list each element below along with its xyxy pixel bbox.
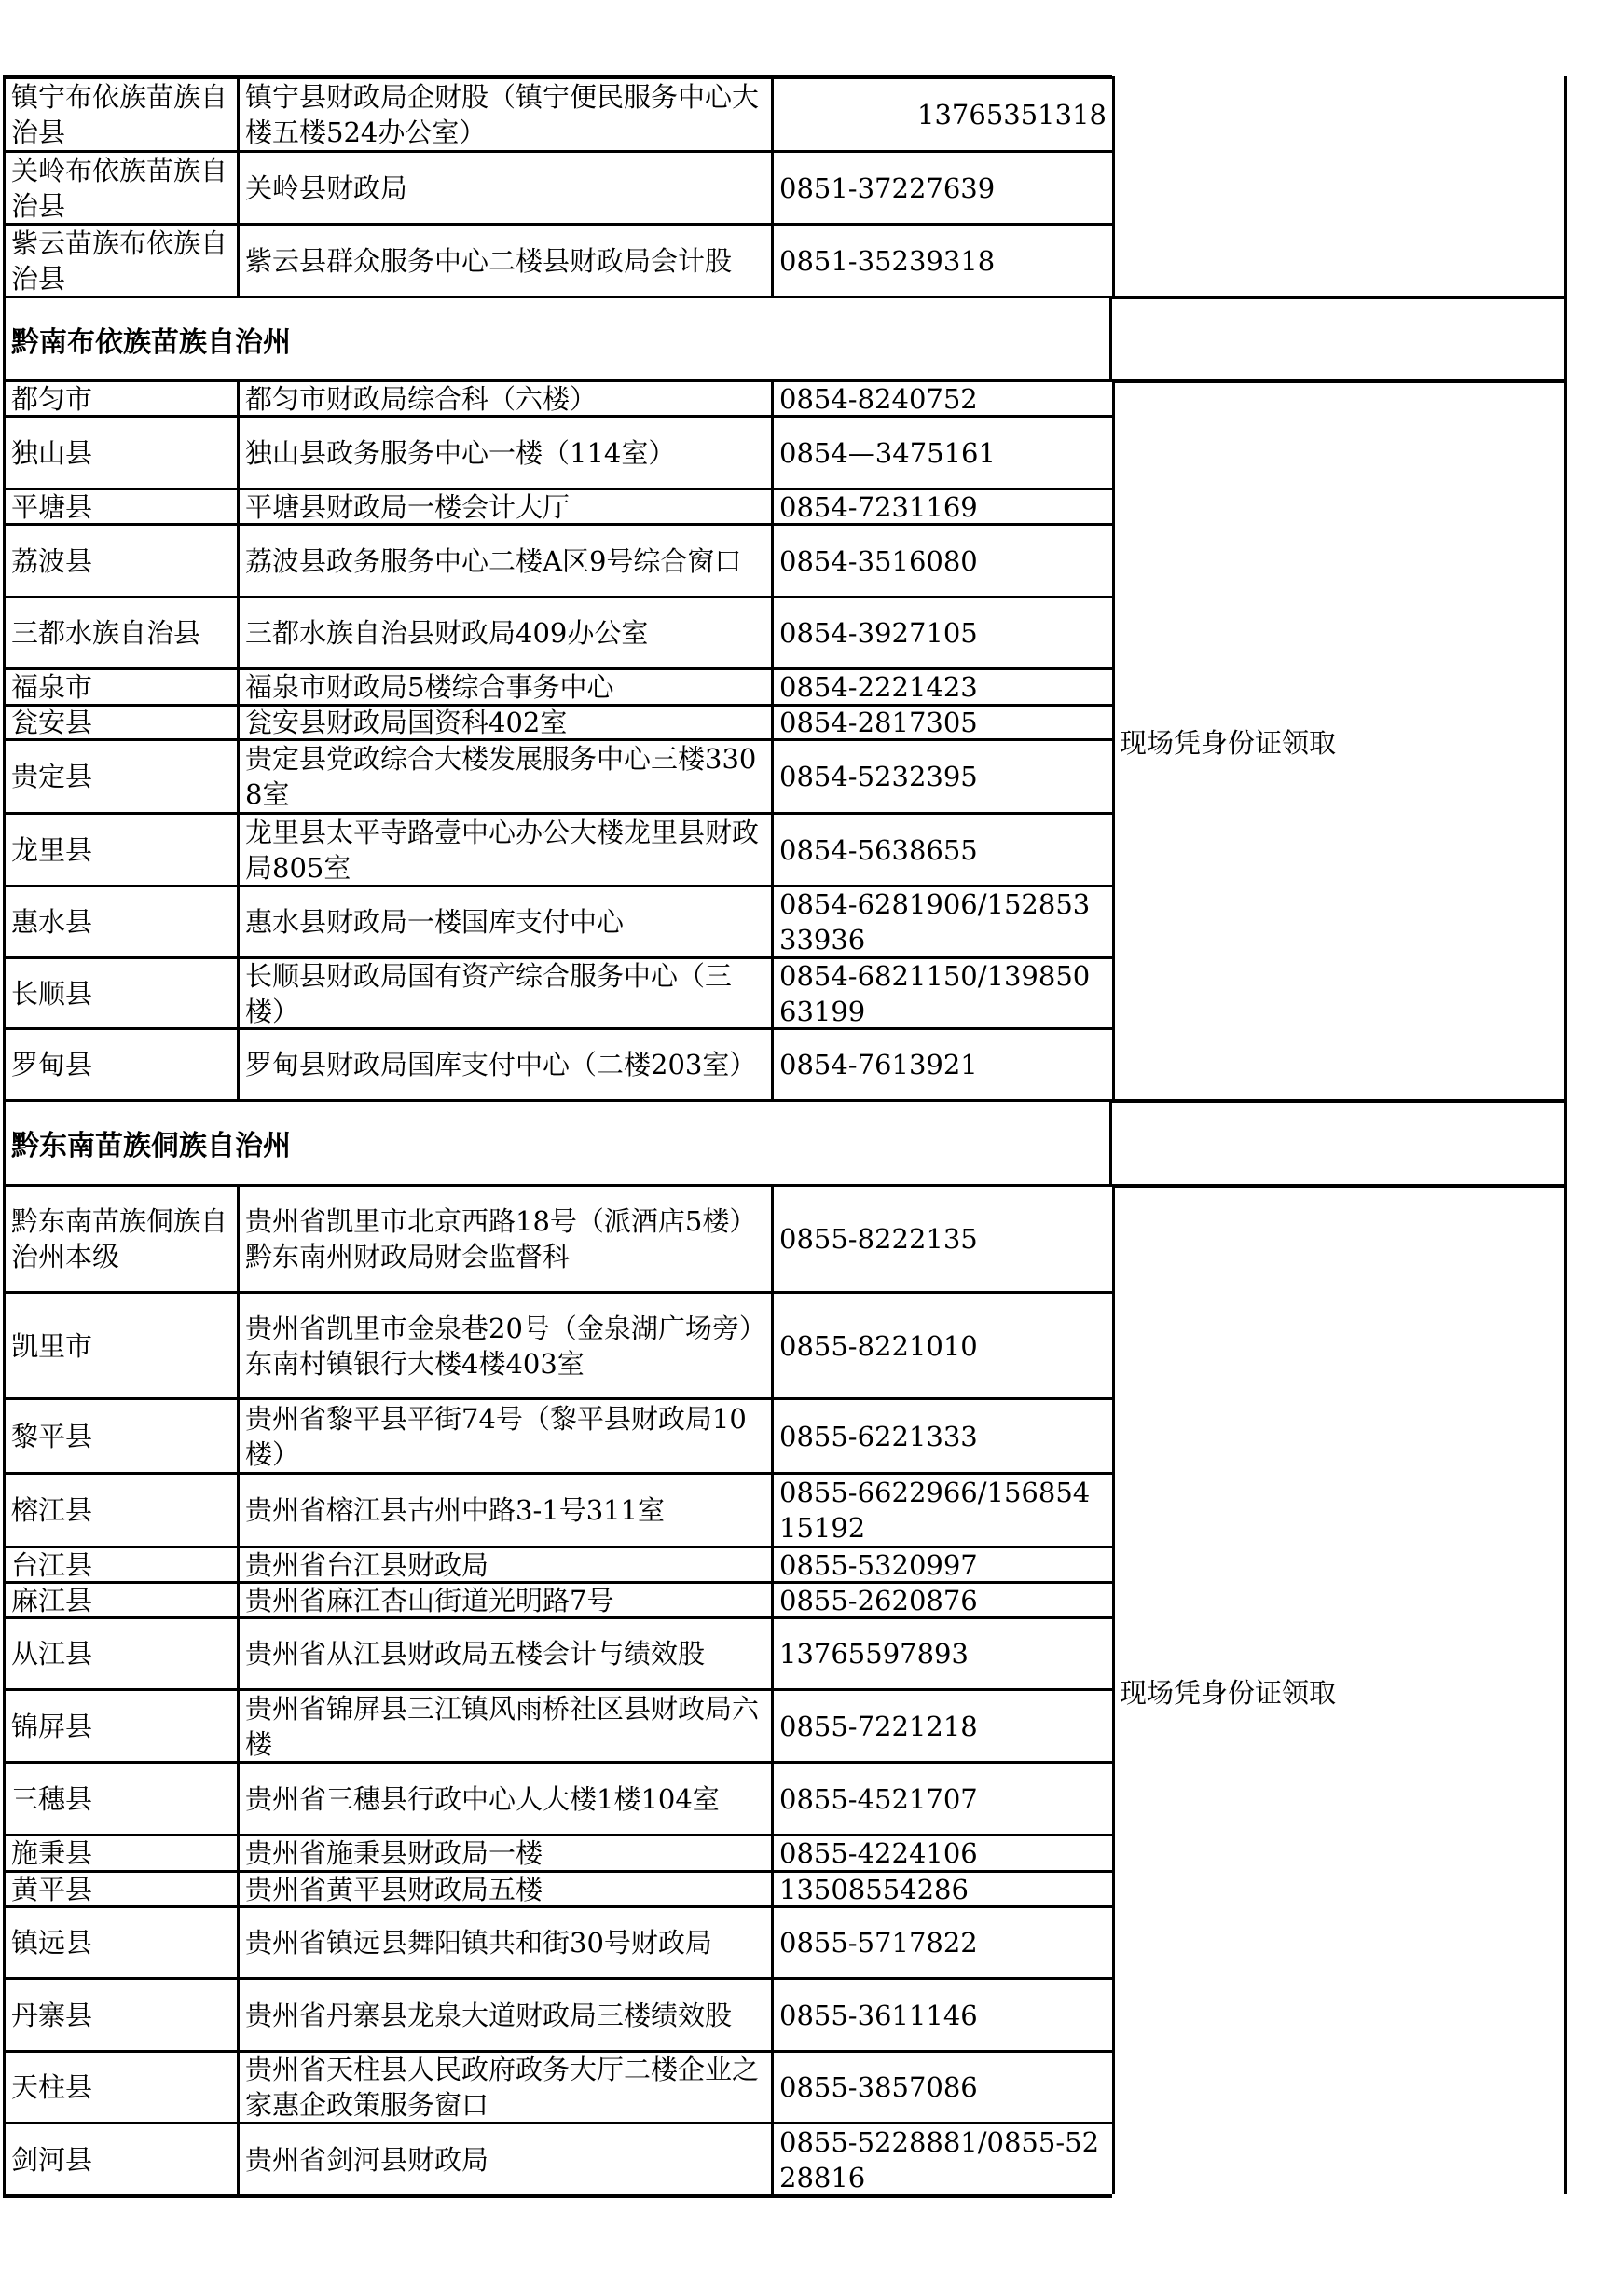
district-cell: 剑河县 bbox=[3, 2122, 237, 2194]
district-cell-text: 长顺县 bbox=[11, 976, 92, 1011]
phone-cell-text: 0855-6221333 bbox=[779, 1419, 978, 1454]
table-row: 福泉市福泉市财政局5楼综合事务中心0854-2221423 bbox=[3, 667, 1112, 704]
location-cell-text: 关岭县财政局 bbox=[245, 171, 407, 206]
location-cell: 平塘县财政局一楼会计大厅 bbox=[237, 488, 771, 523]
phone-cell-text: 0854-6281906/15285333936 bbox=[779, 887, 1107, 956]
phone-cell-text: 0854-6821150/13985063199 bbox=[779, 958, 1107, 1028]
district-cell-text: 都匀市 bbox=[11, 381, 92, 416]
location-cell-text: 瓮安县财政局国资科402室 bbox=[245, 705, 567, 738]
location-cell: 瓮安县财政局国资科402室 bbox=[237, 704, 771, 738]
district-cell-text: 独山县 bbox=[11, 435, 92, 471]
phone-cell: 0855-4224106 bbox=[771, 1834, 1115, 1870]
location-cell: 贵州省锦屏县三江镇风雨桥社区县财政局六楼 bbox=[237, 1688, 771, 1761]
phone-cell: 0854-8240752 bbox=[771, 379, 1115, 415]
location-cell: 贵州省麻江杏山街道光明路7号 bbox=[237, 1581, 771, 1616]
table-row: 黎平县贵州省黎平县平街74号（黎平县财政局10楼）0855-6221333 bbox=[3, 1397, 1112, 1472]
district-cell-text: 关岭布依族苗族自治县 bbox=[11, 153, 231, 224]
district-cell-text: 紫云苗族布依族自治县 bbox=[11, 226, 231, 296]
location-cell: 贵州省从江县财政局五楼会计与绩效股 bbox=[237, 1616, 771, 1688]
location-cell: 贵州省榕江县古州中路3-1号311室 bbox=[237, 1472, 771, 1546]
phone-cell: 0855-3611146 bbox=[771, 1977, 1115, 2050]
phone-cell: 0854-7231169 bbox=[771, 488, 1115, 523]
phone-cell: 0854-2817305 bbox=[771, 704, 1115, 738]
phone-cell-text: 0854-7613921 bbox=[779, 1047, 978, 1082]
district-cell-text: 台江县 bbox=[11, 1547, 92, 1582]
district-cell: 平塘县 bbox=[3, 488, 237, 523]
table-row: 独山县独山县政务服务中心一楼（114室）0854—3475161 bbox=[3, 415, 1112, 488]
location-cell-text: 贵州省从江县财政局五楼会计与绩效股 bbox=[245, 1636, 705, 1671]
remark-cell: 现场凭身份证领取 bbox=[1112, 1184, 1567, 2194]
table-row: 施秉县贵州省施秉县财政局一楼0855-4224106 bbox=[3, 1834, 1112, 1870]
phone-cell-text: 0854-5638655 bbox=[779, 832, 978, 868]
district-cell: 天柱县 bbox=[3, 2050, 237, 2122]
table-row: 镇宁布依族苗族自治县镇宁县财政局企财股（镇宁便民服务中心大楼五楼524办公室）1… bbox=[3, 76, 1112, 150]
table-right-border bbox=[1564, 76, 1567, 2194]
district-cell: 施秉县 bbox=[3, 1834, 237, 1870]
district-cell: 丹寨县 bbox=[3, 1977, 237, 2050]
district-cell: 三都水族自治县 bbox=[3, 596, 237, 667]
district-cell: 镇远县 bbox=[3, 1905, 237, 1977]
location-cell: 独山县政务服务中心一楼（114室） bbox=[237, 415, 771, 488]
district-cell-text: 黄平县 bbox=[11, 1872, 92, 1906]
location-cell-text: 贵州省凯里市北京西路18号（派酒店5楼）黔东南州财政局财会监督科 bbox=[245, 1203, 765, 1274]
location-cell-text: 贵州省镇远县舞阳镇共和街30号财政局 bbox=[245, 1925, 712, 1960]
location-cell-text: 紫云县群众服务中心二楼县财政局会计股 bbox=[245, 243, 732, 279]
district-cell: 黎平县 bbox=[3, 1397, 237, 1472]
table-row: 丹寨县贵州省丹寨县龙泉大道财政局三楼绩效股0855-3611146 bbox=[3, 1977, 1112, 2050]
district-cell-text: 剑河县 bbox=[11, 2142, 92, 2178]
location-cell-text: 贵州省天柱县人民政府政务大厅二楼企业之家惠企政策服务窗口 bbox=[245, 2052, 765, 2122]
phone-cell-text: 0855-8222135 bbox=[779, 1221, 978, 1257]
phone-cell-text: 13508554286 bbox=[779, 1872, 969, 1906]
phone-cell-text: 0854-5232395 bbox=[779, 759, 978, 794]
phone-cell-text: 0854-3516080 bbox=[779, 543, 978, 579]
location-cell: 惠水县财政局一楼国库支付中心 bbox=[237, 885, 771, 956]
table-row: 黄平县贵州省黄平县财政局五楼13508554286 bbox=[3, 1870, 1112, 1905]
phone-cell: 0855-6622966/15685415192 bbox=[771, 1472, 1115, 1546]
district-cell: 瓮安县 bbox=[3, 704, 237, 738]
phone-cell: 0854-7613921 bbox=[771, 1027, 1115, 1099]
phone-cell: 13508554286 bbox=[771, 1870, 1115, 1905]
location-cell-text: 贵州省麻江杏山街道光明路7号 bbox=[245, 1583, 613, 1617]
location-cell: 贵州省黄平县财政局五楼 bbox=[237, 1870, 771, 1905]
district-cell: 从江县 bbox=[3, 1616, 237, 1688]
district-cell-text: 麻江县 bbox=[11, 1583, 92, 1617]
phone-cell-text: 0854-3927105 bbox=[779, 615, 978, 651]
location-cell-text: 贵州省剑河县财政局 bbox=[245, 2142, 488, 2178]
table-row: 黔东南苗族侗族自治州本级贵州省凯里市北京西路18号（派酒店5楼）黔东南州财政局财… bbox=[3, 1184, 1112, 1291]
district-cell-text: 锦屏县 bbox=[11, 1709, 92, 1744]
location-cell: 龙里县太平寺路壹中心办公大楼龙里县财政局805室 bbox=[237, 812, 771, 885]
table-row: 关岭布依族苗族自治县关岭县财政局0851-37227639 bbox=[3, 150, 1112, 223]
phone-cell: 0854-3927105 bbox=[771, 596, 1115, 667]
table-row: 瓮安县瓮安县财政局国资科402室0854-2817305 bbox=[3, 704, 1112, 738]
phone-cell-text: 0855-5228881/0855-5228816 bbox=[779, 2124, 1107, 2195]
table-row: 镇远县贵州省镇远县舞阳镇共和街30号财政局0855-5717822 bbox=[3, 1905, 1112, 1977]
location-cell-text: 惠水县财政局一楼国库支付中心 bbox=[245, 904, 624, 940]
phone-cell: 0854-6821150/13985063199 bbox=[771, 956, 1115, 1027]
phone-cell-text: 0854-2817305 bbox=[779, 705, 978, 738]
location-cell-text: 贵州省黎平县平街74号（黎平县财政局10楼） bbox=[245, 1401, 765, 1472]
location-cell: 紫云县群众服务中心二楼县财政局会计股 bbox=[237, 223, 771, 296]
phone-cell: 0855-5228881/0855-5228816 bbox=[771, 2122, 1115, 2194]
district-cell-text: 三都水族自治县 bbox=[11, 615, 200, 651]
location-cell-text: 罗甸县财政局国库支付中心（二楼203室） bbox=[245, 1047, 756, 1082]
location-cell-text: 贵州省丹寨县龙泉大道财政局三楼绩效股 bbox=[245, 1998, 732, 2033]
table-bottom-border bbox=[3, 2194, 1112, 2198]
table-row: 三穗县贵州省三穗县行政中心人大楼1楼104室0855-4521707 bbox=[3, 1761, 1112, 1834]
district-cell: 黄平县 bbox=[3, 1870, 237, 1905]
district-cell: 龙里县 bbox=[3, 812, 237, 885]
location-cell: 贵州省丹寨县龙泉大道财政局三楼绩效股 bbox=[237, 1977, 771, 2050]
table-row: 荔波县荔波县政务服务中心二楼A区9号综合窗口0854-3516080 bbox=[3, 523, 1112, 596]
table-row: 都匀市都匀市财政局综合科（六楼）0854-8240752 bbox=[3, 379, 1112, 415]
district-cell-text: 龙里县 bbox=[11, 832, 92, 868]
table-row: 凯里市贵州省凯里市金泉巷20号（金泉湖广场旁）东南村镇银行大楼4楼403室085… bbox=[3, 1291, 1112, 1397]
location-cell: 贵州省剑河县财政局 bbox=[237, 2122, 771, 2194]
remark-text: 现场凭身份证领取 bbox=[1120, 722, 1336, 761]
section-remark-empty bbox=[1112, 296, 1567, 379]
district-cell-text: 惠水县 bbox=[11, 904, 92, 940]
location-cell: 罗甸县财政局国库支付中心（二楼203室） bbox=[237, 1027, 771, 1099]
phone-cell: 0855-4521707 bbox=[771, 1761, 1115, 1834]
location-cell-text: 贵州省黄平县财政局五楼 bbox=[245, 1872, 543, 1906]
district-cell-text: 从江县 bbox=[11, 1636, 92, 1671]
district-cell: 麻江县 bbox=[3, 1581, 237, 1616]
table-row: 龙里县龙里县太平寺路壹中心办公大楼龙里县财政局805室0854-5638655 bbox=[3, 812, 1112, 885]
phone-cell-text: 0855-4224106 bbox=[779, 1835, 978, 1870]
table-row: 三都水族自治县三都水族自治县财政局409办公室0854-3927105 bbox=[3, 596, 1112, 667]
location-cell: 贵州省凯里市北京西路18号（派酒店5楼）黔东南州财政局财会监督科 bbox=[237, 1184, 771, 1291]
location-cell-text: 贵定县党政综合大楼发展服务中心三楼3308室 bbox=[245, 741, 765, 812]
phone-cell: 13765351318 bbox=[771, 76, 1115, 150]
section-title: 黔东南苗族侗族自治州 bbox=[11, 1122, 291, 1163]
section-title: 黔南布依族苗族自治州 bbox=[11, 319, 291, 360]
phone-cell: 13765597893 bbox=[771, 1616, 1115, 1688]
phone-cell-text: 0855-3611146 bbox=[779, 1998, 978, 2033]
district-cell: 荔波县 bbox=[3, 523, 237, 596]
district-cell: 惠水县 bbox=[3, 885, 237, 956]
phone-cell: 0855-8222135 bbox=[771, 1184, 1115, 1291]
location-cell-text: 贵州省三穗县行政中心人大楼1楼104室 bbox=[245, 1781, 720, 1817]
table-row: 从江县贵州省从江县财政局五楼会计与绩效股13765597893 bbox=[3, 1616, 1112, 1688]
location-cell-text: 三都水族自治县财政局409办公室 bbox=[245, 615, 648, 651]
section-header: 黔南布依族苗族自治州 bbox=[3, 296, 1112, 379]
location-cell: 贵州省天柱县人民政府政务大厅二楼企业之家惠企政策服务窗口 bbox=[237, 2050, 771, 2122]
location-cell-text: 龙里县太平寺路壹中心办公大楼龙里县财政局805室 bbox=[245, 815, 765, 886]
district-cell: 台江县 bbox=[3, 1546, 237, 1581]
phone-cell-text: 0855-4521707 bbox=[779, 1781, 978, 1817]
location-cell-text: 贵州省锦屏县三江镇风雨桥社区县财政局六楼 bbox=[245, 1691, 765, 1762]
phone-cell: 0855-2620876 bbox=[771, 1581, 1115, 1616]
table-row: 剑河县贵州省剑河县财政局0855-5228881/0855-5228816 bbox=[3, 2122, 1112, 2194]
remark-cell: 现场凭身份证领取 bbox=[1112, 379, 1567, 1099]
phone-cell-text: 0851-35239318 bbox=[779, 243, 995, 279]
location-cell: 三都水族自治县财政局409办公室 bbox=[237, 596, 771, 667]
table-row: 台江县贵州省台江县财政局0855-5320997 bbox=[3, 1546, 1112, 1581]
table-row: 麻江县贵州省麻江杏山街道光明路7号0855-2620876 bbox=[3, 1581, 1112, 1616]
district-cell-text: 镇远县 bbox=[11, 1925, 92, 1960]
district-cell-text: 天柱县 bbox=[11, 2069, 92, 2105]
phone-cell: 0855-6221333 bbox=[771, 1397, 1115, 1472]
location-cell: 镇宁县财政局企财股（镇宁便民服务中心大楼五楼524办公室） bbox=[237, 76, 771, 150]
location-cell: 荔波县政务服务中心二楼A区9号综合窗口 bbox=[237, 523, 771, 596]
district-cell: 都匀市 bbox=[3, 379, 237, 415]
location-cell-text: 都匀市财政局综合科（六楼） bbox=[245, 381, 597, 416]
phone-cell: 0855-5717822 bbox=[771, 1905, 1115, 1977]
location-cell-text: 贵州省台江县财政局 bbox=[245, 1547, 488, 1582]
district-cell-text: 瓮安县 bbox=[11, 705, 92, 738]
table-top-border bbox=[3, 75, 1112, 79]
district-cell-text: 凯里市 bbox=[11, 1328, 92, 1364]
district-cell-text: 镇宁布依族苗族自治县 bbox=[11, 79, 231, 150]
location-cell-text: 长顺县财政局国有资产综合服务中心（三楼） bbox=[245, 958, 765, 1028]
location-cell: 贵州省凯里市金泉巷20号（金泉湖广场旁）东南村镇银行大楼4楼403室 bbox=[237, 1291, 771, 1397]
remark-text: 现场凭身份证领取 bbox=[1120, 1672, 1336, 1711]
location-cell-text: 贵州省凯里市金泉巷20号（金泉湖广场旁）东南村镇银行大楼4楼403室 bbox=[245, 1311, 765, 1382]
table-row: 惠水县惠水县财政局一楼国库支付中心0854-6281906/1528533393… bbox=[3, 885, 1112, 956]
section-remark-empty bbox=[1112, 1099, 1567, 1184]
district-cell-text: 荔波县 bbox=[11, 543, 92, 579]
phone-cell: 0854-3516080 bbox=[771, 523, 1115, 596]
district-cell-text: 榕江县 bbox=[11, 1492, 92, 1528]
district-cell-text: 黔东南苗族侗族自治州本级 bbox=[11, 1203, 231, 1274]
district-cell-text: 丹寨县 bbox=[11, 1998, 92, 2033]
district-cell: 紫云苗族布依族自治县 bbox=[3, 223, 237, 296]
district-cell: 锦屏县 bbox=[3, 1688, 237, 1761]
phone-cell: 0854-5638655 bbox=[771, 812, 1115, 885]
location-cell: 贵州省施秉县财政局一楼 bbox=[237, 1834, 771, 1870]
table-row: 贵定县贵定县党政综合大楼发展服务中心三楼3308室0854-5232395 bbox=[3, 738, 1112, 812]
location-cell: 贵州省三穗县行政中心人大楼1楼104室 bbox=[237, 1761, 771, 1834]
district-cell: 榕江县 bbox=[3, 1472, 237, 1546]
district-cell: 凯里市 bbox=[3, 1291, 237, 1397]
location-cell-text: 镇宁县财政局企财股（镇宁便民服务中心大楼五楼524办公室） bbox=[245, 79, 765, 150]
table-row: 锦屏县贵州省锦屏县三江镇风雨桥社区县财政局六楼0855-7221218 bbox=[3, 1688, 1112, 1761]
location-cell-text: 独山县政务服务中心一楼（114室） bbox=[245, 435, 675, 471]
district-cell: 福泉市 bbox=[3, 667, 237, 704]
district-cell-text: 福泉市 bbox=[11, 669, 92, 704]
location-cell-text: 平塘县财政局一楼会计大厅 bbox=[245, 489, 570, 524]
district-cell: 镇宁布依族苗族自治县 bbox=[3, 76, 237, 150]
district-cell-text: 施秉县 bbox=[11, 1835, 92, 1870]
location-cell: 贵州省台江县财政局 bbox=[237, 1546, 771, 1581]
table-row: 长顺县长顺县财政局国有资产综合服务中心（三楼）0854-6821150/1398… bbox=[3, 956, 1112, 1027]
district-cell: 长顺县 bbox=[3, 956, 237, 1027]
phone-cell-text: 0855-5717822 bbox=[779, 1925, 978, 1960]
phone-cell: 0854—3475161 bbox=[771, 415, 1115, 488]
phone-cell-text: 0854-8240752 bbox=[779, 381, 978, 416]
district-cell-text: 罗甸县 bbox=[11, 1047, 92, 1082]
district-cell: 独山县 bbox=[3, 415, 237, 488]
location-cell: 福泉市财政局5楼综合事务中心 bbox=[237, 667, 771, 704]
phone-cell-text: 0854-7231169 bbox=[779, 489, 978, 524]
table-row: 平塘县平塘县财政局一楼会计大厅0854-7231169 bbox=[3, 488, 1112, 523]
document-table: 镇宁布依族苗族自治县镇宁县财政局企财股（镇宁便民服务中心大楼五楼524办公室）1… bbox=[0, 0, 1623, 2296]
phone-cell: 0854-5232395 bbox=[771, 738, 1115, 812]
district-cell: 三穗县 bbox=[3, 1761, 237, 1834]
phone-cell: 0855-5320997 bbox=[771, 1546, 1115, 1581]
location-cell: 贵州省黎平县平街74号（黎平县财政局10楼） bbox=[237, 1397, 771, 1472]
district-cell: 贵定县 bbox=[3, 738, 237, 812]
location-cell: 都匀市财政局综合科（六楼） bbox=[237, 379, 771, 415]
location-cell-text: 福泉市财政局5楼综合事务中心 bbox=[245, 669, 613, 704]
phone-cell: 0854-2221423 bbox=[771, 667, 1115, 704]
phone-cell-text: 0855-3857086 bbox=[779, 2069, 978, 2105]
location-cell: 贵定县党政综合大楼发展服务中心三楼3308室 bbox=[237, 738, 771, 812]
district-cell-text: 黎平县 bbox=[11, 1419, 92, 1454]
phone-cell-text: 0855-6622966/15685415192 bbox=[779, 1475, 1107, 1546]
phone-cell-text: 0855-2620876 bbox=[779, 1583, 978, 1617]
location-cell: 贵州省镇远县舞阳镇共和街30号财政局 bbox=[237, 1905, 771, 1977]
remark-cell bbox=[1112, 76, 1567, 296]
location-cell-text: 贵州省施秉县财政局一楼 bbox=[245, 1835, 543, 1870]
location-cell: 关岭县财政局 bbox=[237, 150, 771, 223]
table-row: 罗甸县罗甸县财政局国库支付中心（二楼203室）0854-7613921 bbox=[3, 1027, 1112, 1099]
table-row: 天柱县贵州省天柱县人民政府政务大厅二楼企业之家惠企政策服务窗口0855-3857… bbox=[3, 2050, 1112, 2122]
district-cell-text: 贵定县 bbox=[11, 759, 92, 794]
phone-cell-text: 0854-2221423 bbox=[779, 669, 978, 704]
phone-cell: 0855-8221010 bbox=[771, 1291, 1115, 1397]
phone-cell: 0851-35239318 bbox=[771, 223, 1115, 296]
phone-cell-text: 0851-37227639 bbox=[779, 171, 995, 206]
district-cell-text: 三穗县 bbox=[11, 1781, 92, 1817]
phone-cell: 0854-6281906/15285333936 bbox=[771, 885, 1115, 956]
phone-cell-text: 0854—3475161 bbox=[779, 435, 996, 471]
table-row: 紫云苗族布依族自治县紫云县群众服务中心二楼县财政局会计股0851-3523931… bbox=[3, 223, 1112, 296]
section-header: 黔东南苗族侗族自治州 bbox=[3, 1099, 1112, 1184]
location-cell: 长顺县财政局国有资产综合服务中心（三楼） bbox=[237, 956, 771, 1027]
district-cell-text: 平塘县 bbox=[11, 489, 92, 524]
phone-cell: 0855-3857086 bbox=[771, 2050, 1115, 2122]
district-cell: 罗甸县 bbox=[3, 1027, 237, 1099]
location-cell-text: 荔波县政务服务中心二楼A区9号综合窗口 bbox=[245, 543, 741, 579]
district-cell: 关岭布依族苗族自治县 bbox=[3, 150, 237, 223]
phone-cell-text: 0855-7221218 bbox=[779, 1709, 978, 1744]
phone-cell: 0855-7221218 bbox=[771, 1688, 1115, 1761]
table-row: 榕江县贵州省榕江县古州中路3-1号311室0855-6622966/156854… bbox=[3, 1472, 1112, 1546]
location-cell-text: 贵州省榕江县古州中路3-1号311室 bbox=[245, 1492, 665, 1528]
phone-cell-text: 0855-5320997 bbox=[779, 1547, 978, 1582]
district-cell: 黔东南苗族侗族自治州本级 bbox=[3, 1184, 237, 1291]
phone-cell: 0851-37227639 bbox=[771, 150, 1115, 223]
phone-cell-text: 0855-8221010 bbox=[779, 1328, 978, 1364]
phone-cell-text: 13765597893 bbox=[779, 1636, 969, 1671]
phone-cell-text: 13765351318 bbox=[917, 97, 1107, 132]
